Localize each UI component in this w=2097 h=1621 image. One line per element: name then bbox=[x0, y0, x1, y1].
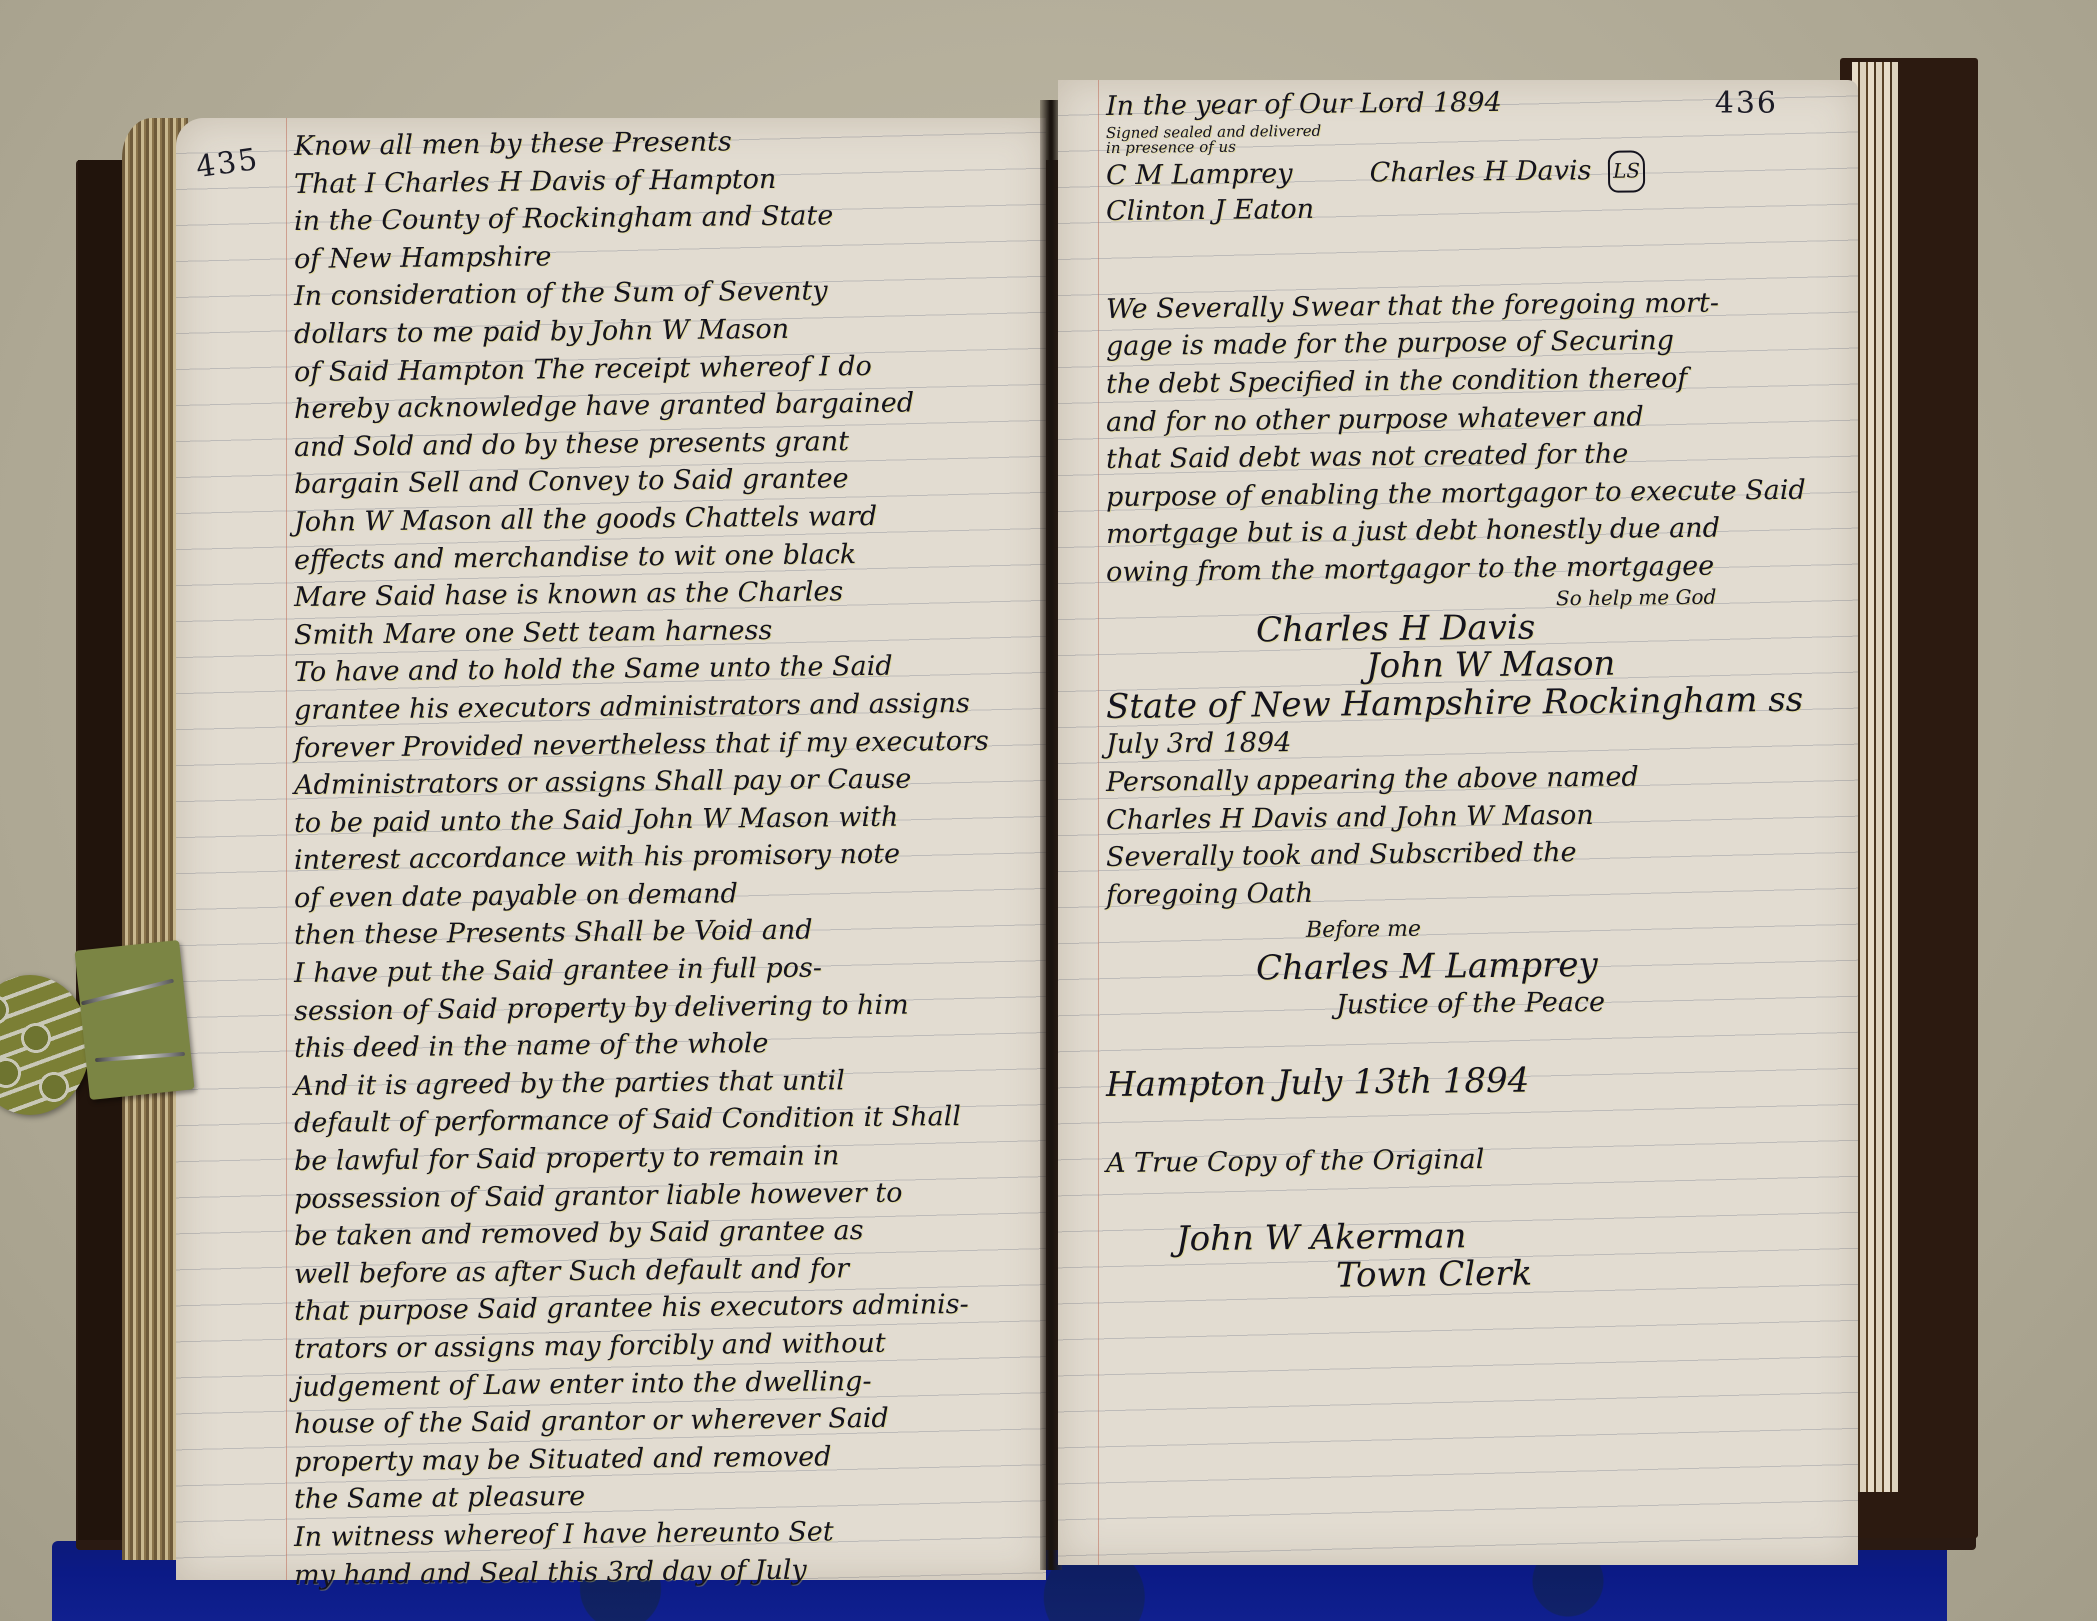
left-page: 435 Know all men by these PresentsThat I… bbox=[176, 118, 1046, 1580]
grantor-signature: Charles H Davis bbox=[1370, 155, 1592, 188]
witness-signature: C M Lamprey bbox=[1106, 158, 1293, 191]
margin-rule bbox=[286, 118, 287, 1580]
seal-mark: LS bbox=[1608, 150, 1645, 192]
page-number-left: 435 bbox=[194, 142, 262, 185]
binder-clip bbox=[74, 940, 194, 1100]
ledger-line: my hand and Seal this 3rd day of July bbox=[294, 1549, 1034, 1594]
page-edges-right bbox=[1852, 62, 1898, 1492]
clerk-title: Town Clerk bbox=[1106, 1252, 1846, 1297]
spacer bbox=[1106, 223, 1847, 291]
margin-rule bbox=[1098, 80, 1099, 1565]
right-page: 436 In the year of Our Lord 1894 Signed … bbox=[1058, 80, 1858, 1565]
right-page-text: In the year of Our Lord 1894 Signed seal… bbox=[1106, 88, 1846, 1297]
left-page-text: Know all men by these PresentsThat I Cha… bbox=[294, 128, 1034, 1594]
